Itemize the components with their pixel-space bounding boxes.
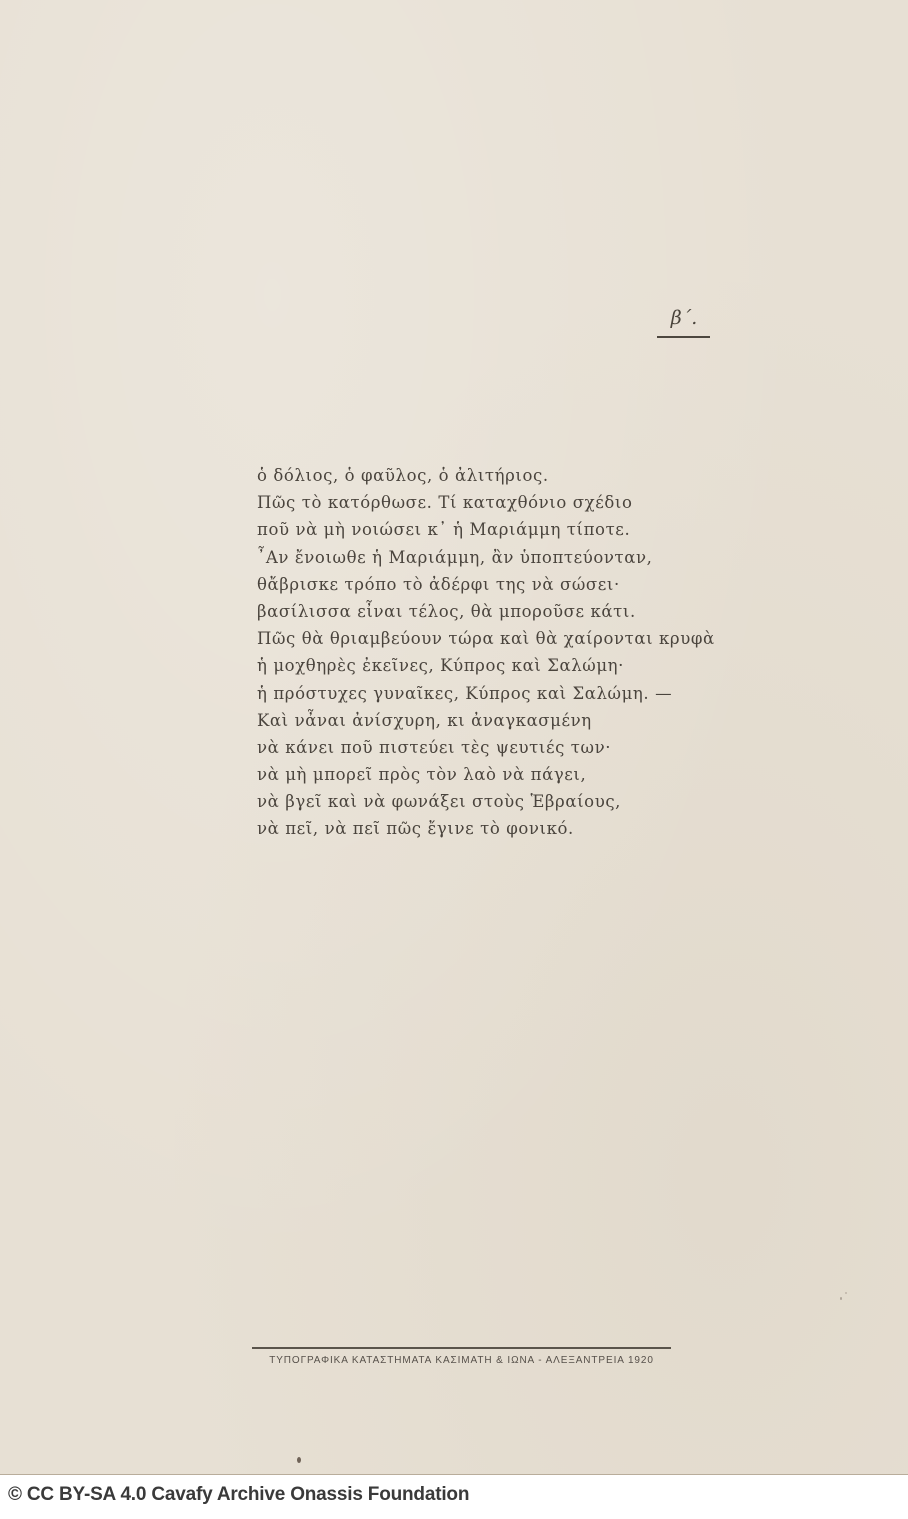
poem-line: ῏Αν ἔνοιωθε ἡ Μαριάμμη, ἂν ὑποπτεύονταν, bbox=[257, 544, 715, 571]
poem-line: νὰ βγεῖ καὶ νὰ φωνάξει στοὺς Ἑβραίους, bbox=[257, 788, 715, 815]
printer-imprint: ΤΥΠΟΓΡΑΦΙΚΑ ΚΑΤΑΣΤΗΜΑΤΑ ΚΑΣΙΜΑΤΗ & ΙΩΝΑ … bbox=[252, 1355, 671, 1366]
poem-line: ποῦ νὰ μὴ νοιώσει κ᾿ ἡ Μαριάμμη τίποτε. bbox=[257, 516, 715, 543]
page-number-underline bbox=[657, 336, 710, 338]
poem-line: ὁ δόλιος, ὁ φαῦλος, ὁ ἀλιτήριος. bbox=[257, 462, 715, 489]
poem-line: βασίλισσα εἶναι τέλος, θὰ μποροῦσε κάτι. bbox=[257, 598, 715, 625]
page-number: β΄. bbox=[658, 306, 710, 330]
poem-line: Πῶς τὸ κατόρθωσε. Τί καταχθόνιο σχέδιο bbox=[257, 489, 715, 516]
paper-speck bbox=[840, 1297, 842, 1300]
poem-line: ἡ μοχθηρὲς ἐκεῖνες, Κύπρος καὶ Σαλώμη· bbox=[257, 652, 715, 679]
footer-rule bbox=[252, 1347, 671, 1349]
paper-speck bbox=[297, 1457, 301, 1463]
poem-line: Πῶς θὰ θριαμβεύουν τώρα καὶ θὰ χαίρονται… bbox=[257, 625, 715, 652]
paper-speck bbox=[845, 1292, 847, 1294]
poem-line: θἄβρισκε τρόπο τὸ ἀδέρφι της νὰ σώσει· bbox=[257, 571, 715, 598]
poem-line: ἡ πρόστυχες γυναῖκες, Κύπρος καὶ Σαλώμη.… bbox=[257, 680, 715, 707]
scanned-page: β΄. ὁ δόλιος, ὁ φαῦλος, ὁ ἀλιτήριος. Πῶς… bbox=[0, 0, 908, 1475]
poem-line: νὰ μὴ μπορεῖ πρὸς τὸν λαὸ νὰ πάγει, bbox=[257, 761, 715, 788]
copyright-attribution: © CC BY-SA 4.0 Cavafy Archive Onassis Fo… bbox=[8, 1484, 469, 1506]
poem-line: νὰ κάνει ποῦ πιστεύει τὲς ψευτιές των· bbox=[257, 734, 715, 761]
poem-text: ὁ δόλιος, ὁ φαῦλος, ὁ ἀλιτήριος. Πῶς τὸ … bbox=[257, 462, 715, 843]
poem-line: Καὶ νἆναι ἀνίσχυρη, κι ἀναγκασμένη bbox=[257, 707, 715, 734]
poem-line: νὰ πεῖ, νὰ πεῖ πῶς ἔγινε τὸ φονικό. bbox=[257, 815, 715, 842]
